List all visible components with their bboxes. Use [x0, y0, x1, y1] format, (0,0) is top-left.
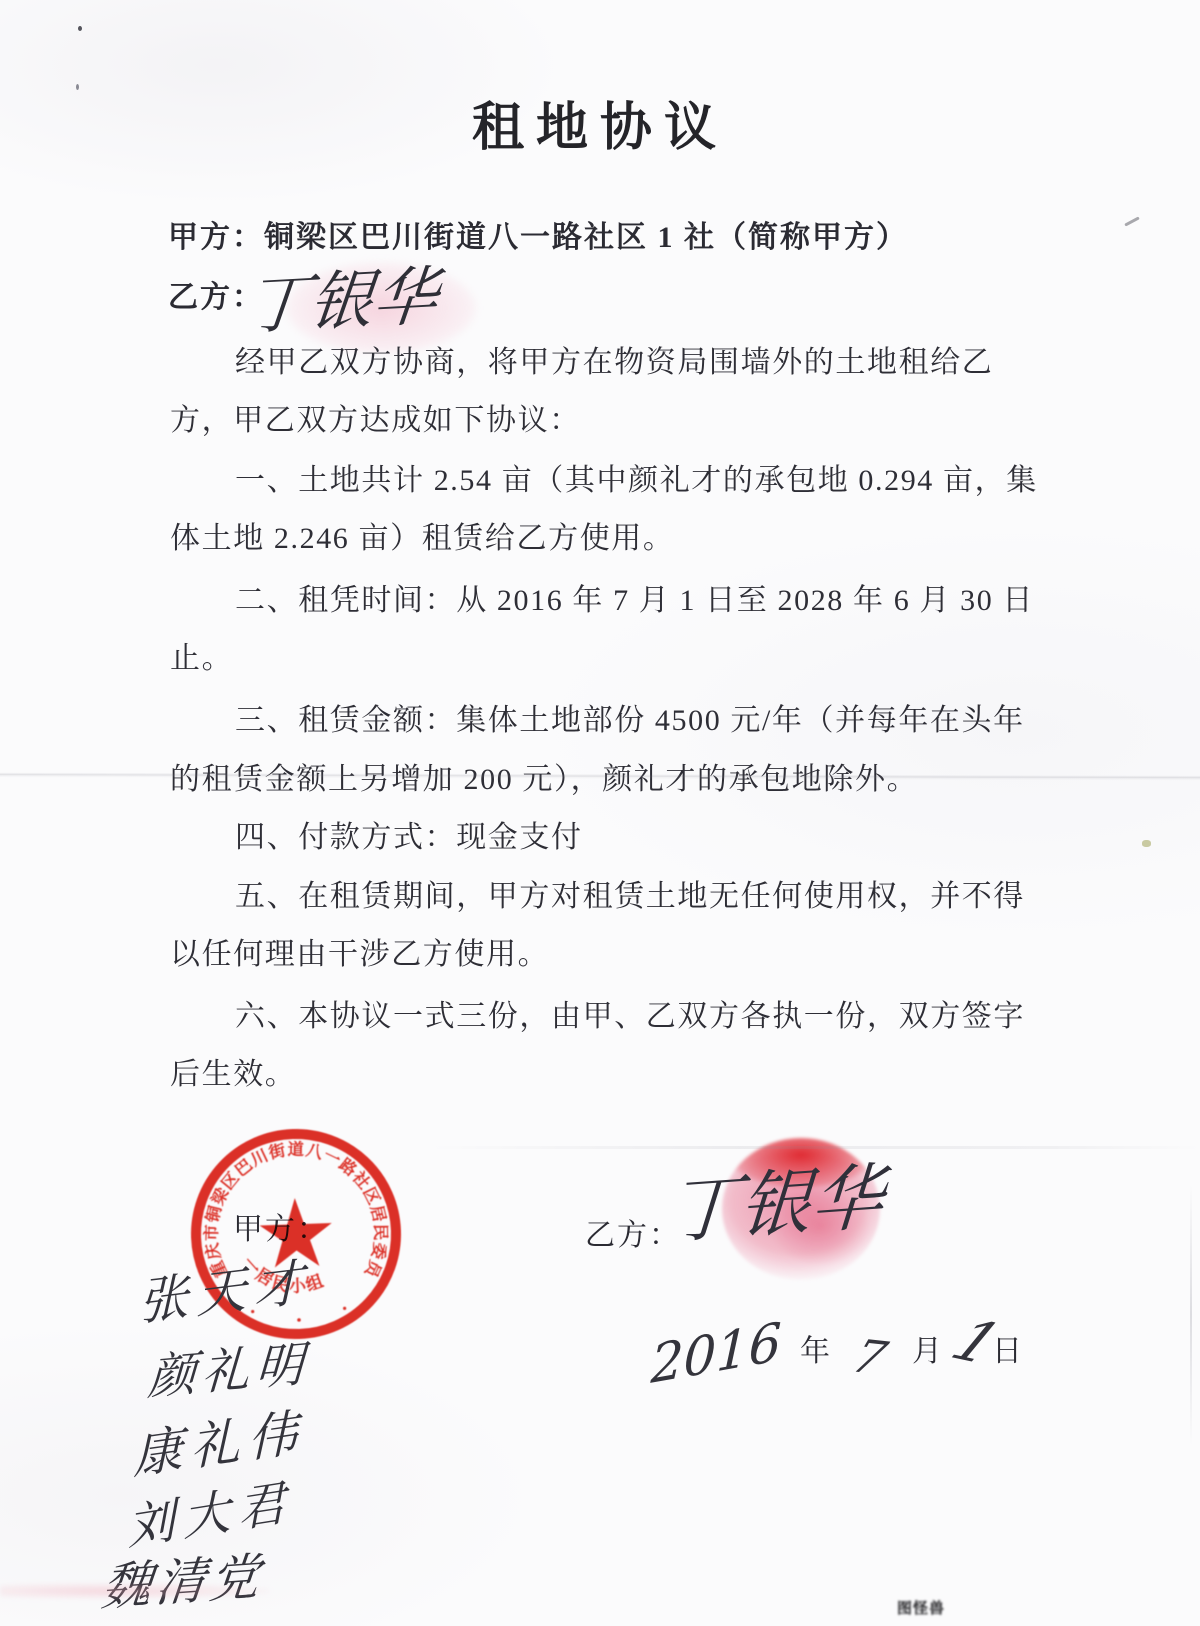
scanned-document-page: 租地协议 甲方：铜梁区巴川街道八一路社区 1 社（简称甲方） 乙方： 丁银华 经…	[0, 0, 1200, 1626]
stain-speck	[1142, 840, 1151, 847]
date-year-unit: 年	[800, 1334, 832, 1370]
body-line: 以任何理由干涉乙方使用。	[170, 937, 549, 973]
seal-dot	[343, 1307, 346, 1310]
body-line: 一、土地共计 2.54 亩（其中颜礼才的承包地 0.294 亩，集	[170, 463, 1038, 499]
witness-signature: 魏清党	[98, 1536, 267, 1620]
body-line: 后生效。	[170, 1057, 296, 1093]
pencil-mark	[1124, 216, 1140, 226]
party-a-line: 甲方：铜梁区巴川街道八一路社区 1 社（简称甲方）	[168, 220, 908, 256]
body-line: 二、租凭时间：从 2016 年 7 月 1 日至 2028 年 6 月 30 日	[170, 583, 1034, 619]
date-year-handwritten: 2016	[650, 1312, 782, 1396]
seal-dot	[297, 1318, 301, 1322]
body-line: 止。	[170, 641, 233, 677]
ink-speck	[76, 84, 79, 90]
body-line: 五、在租赁期间，甲方对租赁土地无任何使用权，并不得	[170, 879, 1025, 915]
body-line: 六、本协议一式三份，由甲、乙双方各执一份，双方签字	[170, 999, 1025, 1035]
body-line: 的租赁金额上另增加 200 元），颜礼才的承包地除外。	[170, 762, 918, 798]
body-line: 方，甲乙双方达成如下协议：	[170, 403, 581, 439]
body-line: 经甲乙双方协商，将甲方在物资局围墙外的土地租给乙	[170, 345, 993, 381]
paper-edge-line	[1190, 1185, 1192, 1445]
document-title: 租地协议	[0, 98, 1200, 160]
ink-speck	[78, 26, 82, 31]
body-line: 四、付款方式：现金支付	[170, 820, 583, 856]
body-line: 体土地 2.246 亩）租赁给乙方使用。	[170, 521, 675, 557]
date-month-unit: 月	[912, 1334, 944, 1370]
party-b-signature-handwritten: 丁银华	[241, 245, 442, 348]
party-b-signature-handwritten-bottom: 丁银华	[665, 1138, 888, 1258]
watermark: 图怪兽	[897, 1597, 945, 1618]
date-month-handwritten: 7	[846, 1329, 894, 1384]
date-day-unit: 日	[992, 1334, 1024, 1370]
body-line: 三、租赁金额：集体土地部份 4500 元/年（并每年在头年	[170, 703, 1025, 739]
